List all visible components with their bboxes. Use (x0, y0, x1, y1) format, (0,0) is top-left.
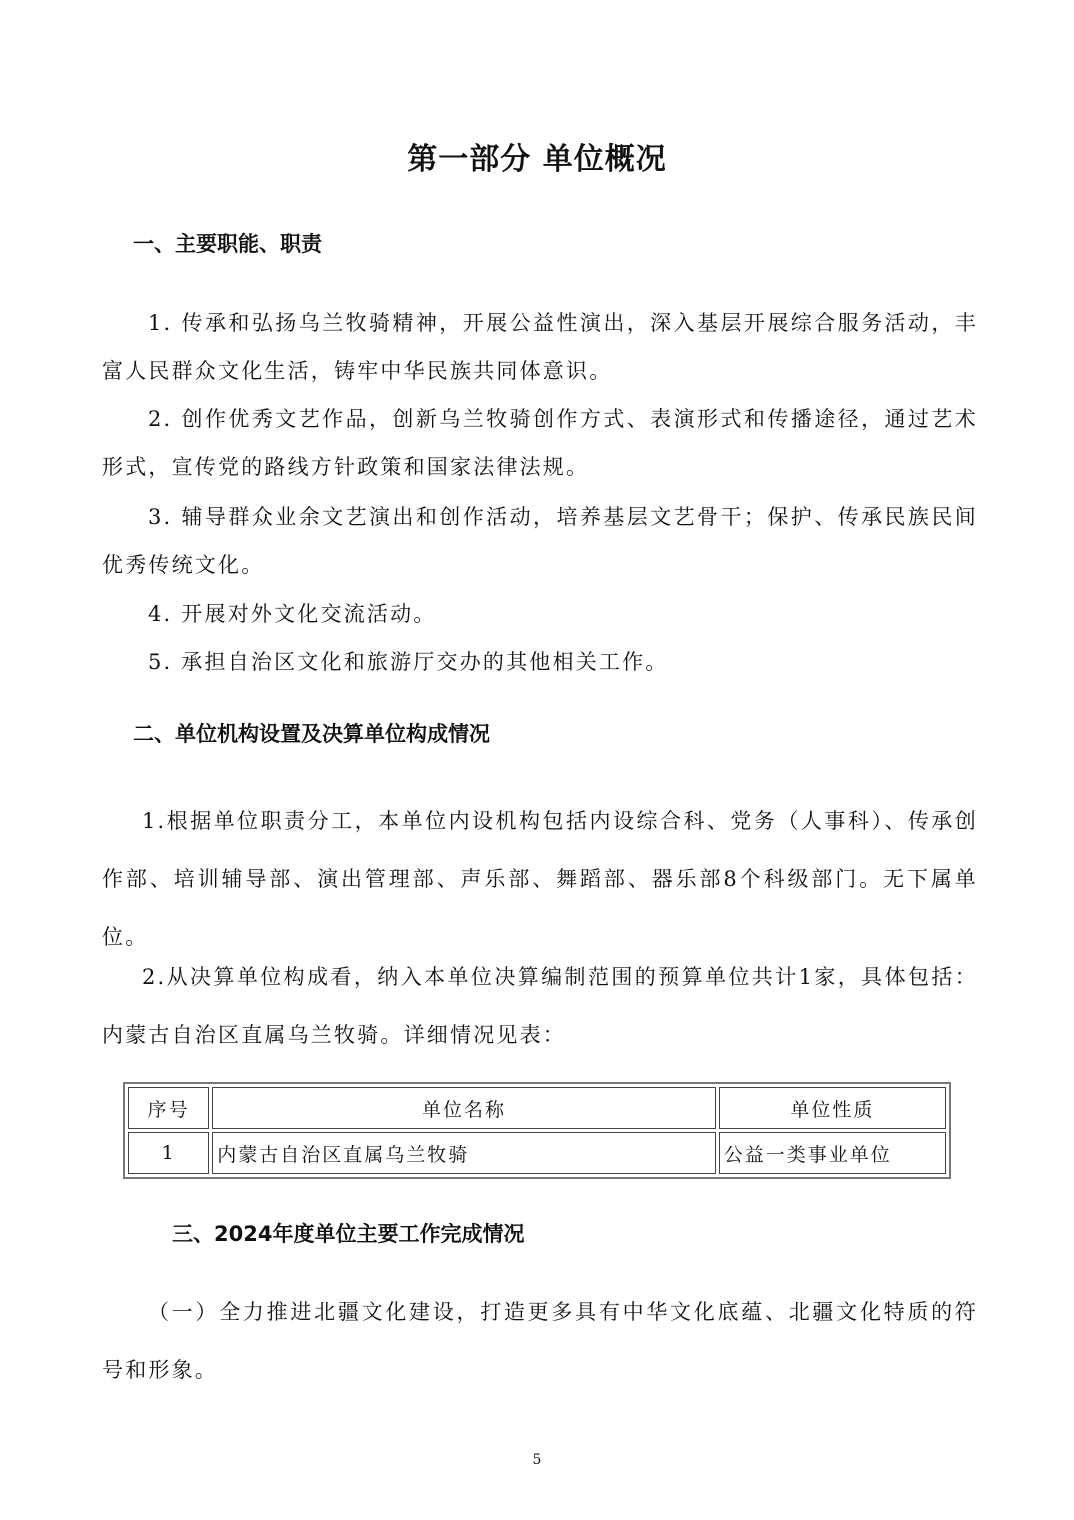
paragraph-function-2: 2. 创作优秀文艺作品，创新乌兰牧骑创作方式、表演形式和传播途径，通过艺术形式，… (102, 395, 978, 491)
paragraph-function-1: 1. 传承和弘扬乌兰牧骑精神，开展公益性演出，深入基层开展综合服务活动，丰富人民… (102, 299, 978, 395)
section-heading-work-completion: 三、2024年度单位主要工作完成情况 (172, 1218, 524, 1248)
page-number: 5 (0, 1452, 1074, 1468)
section-heading-main-functions: 一、主要职能、职责 (133, 228, 322, 258)
unit-composition-table: 序号 单位名称 单位性质 1 内蒙古自治区直属乌兰牧骑 公益一类事业单位 (123, 1082, 951, 1179)
cell-unit-nature: 公益一类事业单位 (719, 1132, 946, 1174)
header-unit-nature: 单位性质 (719, 1087, 946, 1129)
section-heading-organization: 二、单位机构设置及决算单位构成情况 (133, 718, 490, 748)
paragraph-function-4: 4. 开展对外文化交流活动。 (102, 590, 978, 638)
cell-unit-name: 内蒙古自治区直属乌兰牧骑 (212, 1132, 715, 1174)
paragraph-function-5: 5. 承担自治区文化和旅游厅交办的其他相关工作。 (102, 638, 978, 686)
paragraph-budget-units: 2.从决算单位构成看，纳入本单位决算编制范围的预算单位共计1家，具体包括：内蒙古… (102, 948, 978, 1064)
paragraph-work-1: （一）全力推进北疆文化建设，打造更多具有中华文化底蕴、北疆文化特质的符号和形象。 (102, 1283, 978, 1399)
header-unit-name: 单位名称 (212, 1087, 715, 1129)
paragraph-function-3: 3. 辅导群众业余文艺演出和创作活动，培养基层文艺骨干；保护、传承民族民间优秀传… (102, 493, 978, 589)
page-title: 第一部分 单位概况 (0, 134, 1074, 178)
table-row: 1 内蒙古自治区直属乌兰牧骑 公益一类事业单位 (128, 1132, 946, 1174)
cell-index: 1 (128, 1132, 209, 1174)
paragraph-org-structure: 1.根据单位职责分工，本单位内设机构包括内设综合科、党务（人事科）、传承创作部、… (102, 792, 978, 966)
header-index: 序号 (128, 1087, 209, 1129)
table-header-row: 序号 单位名称 单位性质 (128, 1087, 946, 1129)
